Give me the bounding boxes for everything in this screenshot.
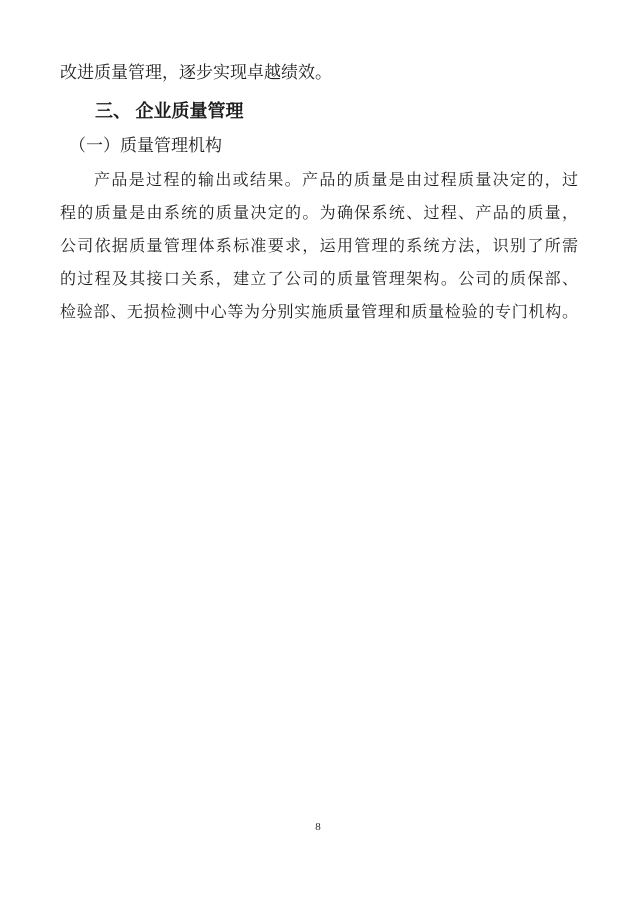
body-line: 的过程及其接口关系，建立了公司的质量管理架构。公司的质保部、	[60, 263, 578, 296]
page-number: 8	[0, 820, 636, 834]
document-page: { "page": { "number": "8", "paragraph_co…	[0, 0, 636, 900]
subsection-heading: （一）质量管理机构	[60, 129, 578, 162]
body-line: 检验部、无损检测中心等为分别实施质量管理和质量检验的专门机构。	[60, 296, 578, 329]
body-paragraph: 产品是过程的输出或结果。产品的质量是由过程质量决定的，过 程的质量是由系统的质量…	[60, 164, 578, 329]
page-content: 改进质量管理，逐步实现卓越绩效。 三、 企业质量管理 （一）质量管理机构 产品是…	[60, 56, 578, 329]
section-heading: 三、 企业质量管理	[60, 95, 578, 128]
body-line: 产品是过程的输出或结果。产品的质量是由过程质量决定的，过	[60, 164, 578, 197]
document-canvas: 改进质量管理，逐步实现卓越绩效。 三、 企业质量管理 （一）质量管理机构 产品是…	[0, 0, 636, 900]
body-line: 程的质量是由系统的质量决定的。为确保系统、过程、产品的质量，	[60, 197, 578, 230]
paragraph-continuation-line: 改进质量管理，逐步实现卓越绩效。	[60, 56, 578, 89]
body-line: 公司依据质量管理体系标准要求，运用管理的系统方法，识别了所需	[60, 230, 578, 263]
